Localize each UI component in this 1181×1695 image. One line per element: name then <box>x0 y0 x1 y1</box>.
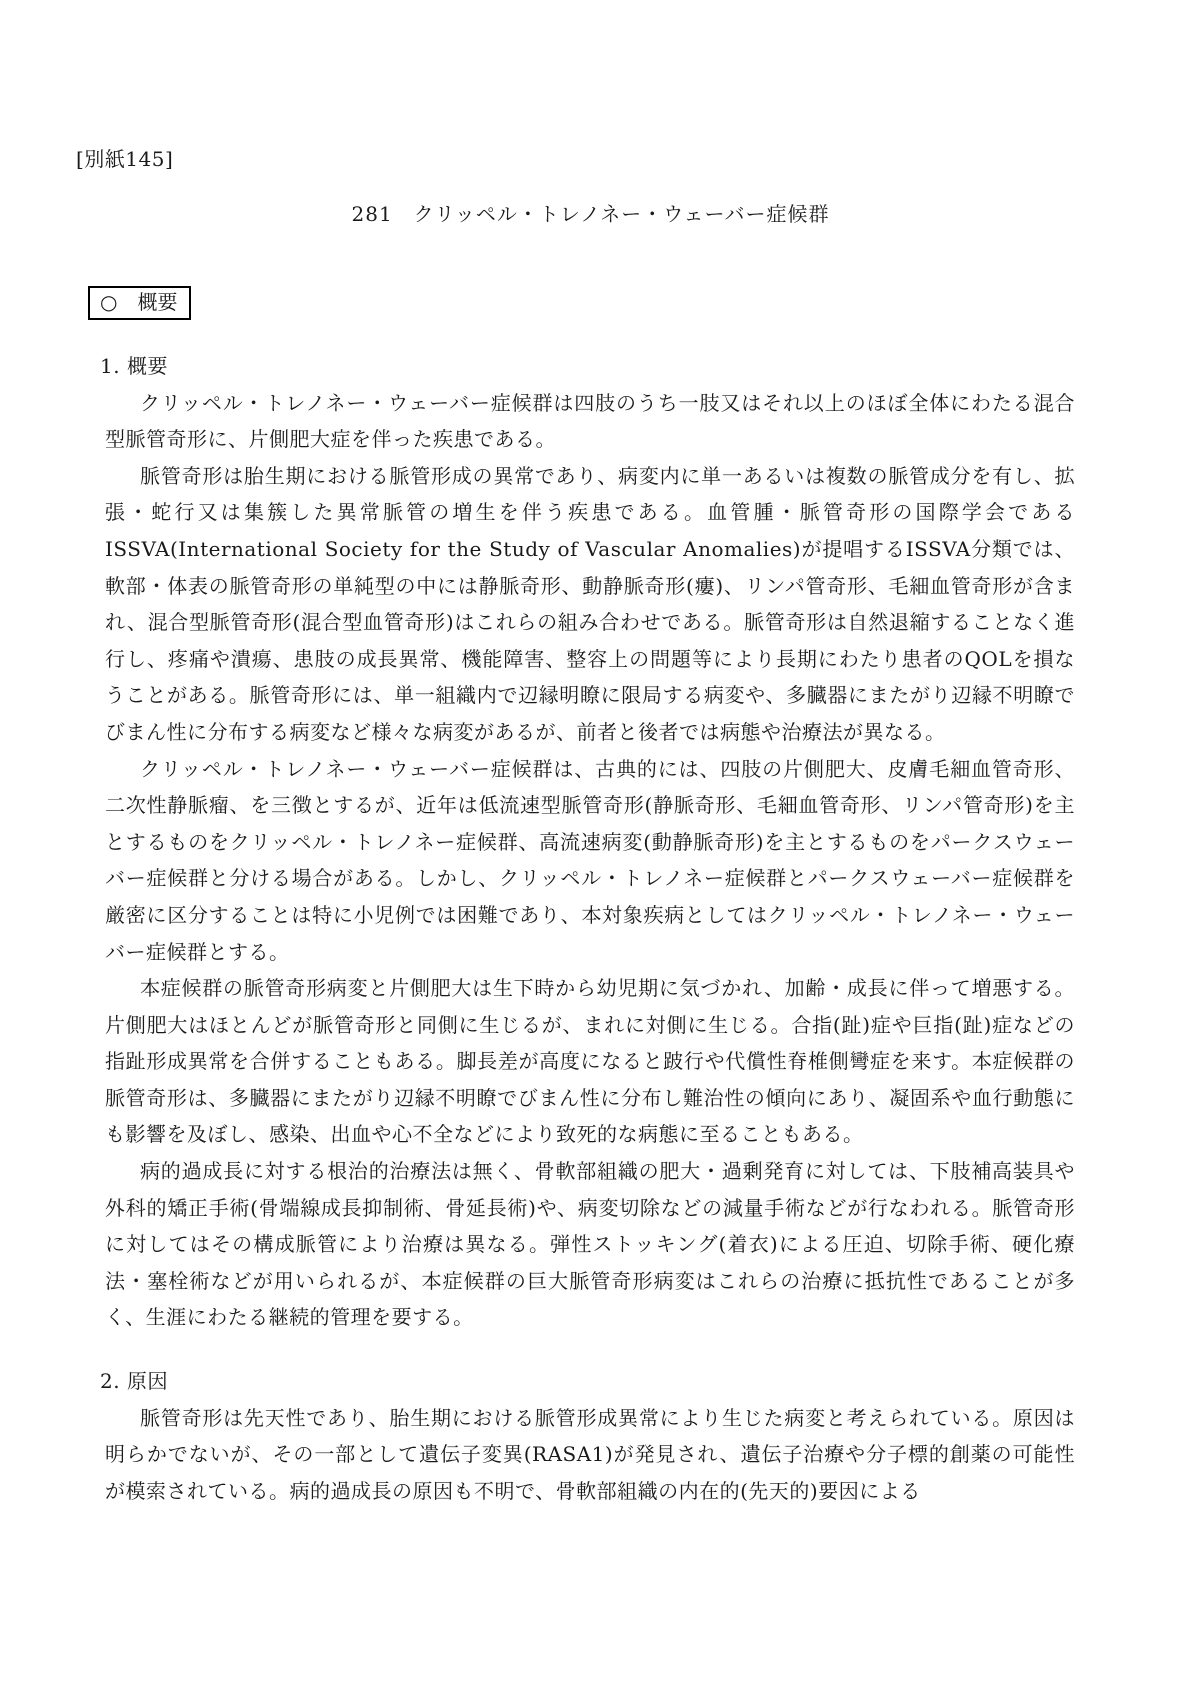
section-cause-heading: 2. 原因 <box>100 1363 1075 1400</box>
overview-paragraph-5: 病的過成長に対する根治的治療法は無く、骨軟部組織の肥大・過剰発育に対しては、下肢… <box>105 1153 1075 1336</box>
overview-paragraph-2: 脈管奇形は胎生期における脈管形成の異常であり、病変内に単一あるいは複数の脈管成分… <box>105 458 1075 751</box>
overview-paragraph-1: クリッペル・トレノネー・ウェーバー症候群は四肢のうち一肢又はそれ以上のほぼ全体に… <box>105 385 1075 458</box>
section-overview: 1. 概要 クリッペル・トレノネー・ウェーバー症候群は四肢のうち一肢又はそれ以上… <box>100 348 1075 1336</box>
attachment-number-label: [別紙145] <box>76 143 173 172</box>
overview-paragraph-4: 本症候群の脈管奇形病変と片側肥大は生下時から幼児期に気づかれ、加齢・成長に伴って… <box>105 970 1075 1153</box>
document-page: [別紙145] 281 クリッペル・トレノネー・ウェーバー症候群 ○ 概要 1.… <box>0 0 1181 1695</box>
section-cause: 2. 原因 脈管奇形は先天性であり、胎生期における脈管形成異常により生じた病変と… <box>100 1363 1075 1509</box>
overview-section-box: ○ 概要 <box>88 286 191 320</box>
overview-paragraph-3: クリッペル・トレノネー・ウェーバー症候群は、古典的には、四肢の片側肥大、皮膚毛細… <box>105 751 1075 971</box>
document-title: 281 クリッペル・トレノネー・ウェーバー症候群 <box>0 198 1181 227</box>
section-overview-heading: 1. 概要 <box>100 348 1075 385</box>
cause-paragraph-1: 脈管奇形は先天性であり、胎生期における脈管形成異常により生じた病変と考えられてい… <box>105 1400 1075 1510</box>
document-body: 1. 概要 クリッペル・トレノネー・ウェーバー症候群は四肢のうち一肢又はそれ以上… <box>100 348 1075 1509</box>
